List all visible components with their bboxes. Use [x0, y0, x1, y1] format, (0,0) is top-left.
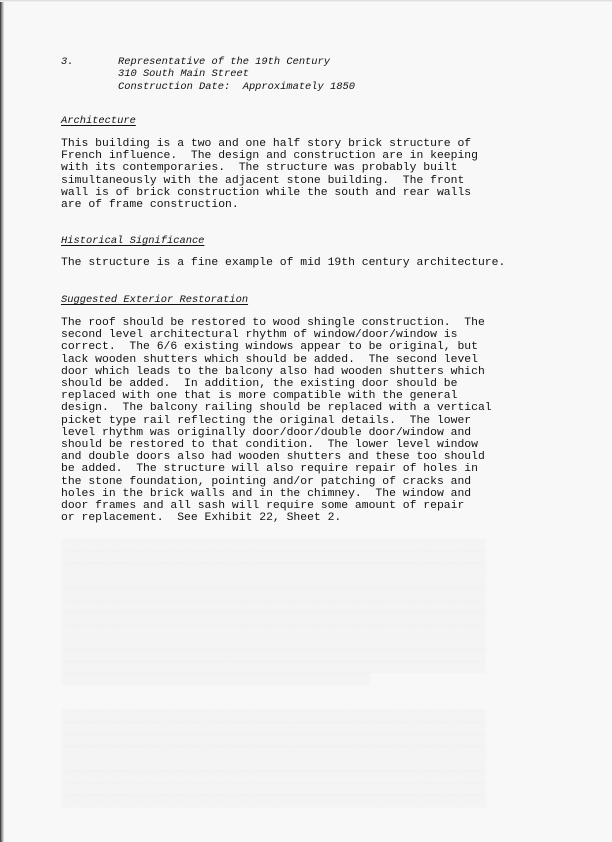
- section-heading-historical-significance: Historical Significance: [61, 235, 204, 247]
- section-heading-architecture: Architecture: [61, 115, 136, 127]
- bleed-through-texture: ▒▒▒▒▒▒▒▒▒▒▒▒▒▒▒▒▒▒▒▒▒▒▒▒▒▒▒▒▒▒▒▒▒▒▒▒▒▒▒▒…: [62, 540, 486, 808]
- item-header: Representative of the 19th Century 310 S…: [118, 56, 355, 93]
- item-number: 3.: [61, 56, 73, 68]
- section-body-historical-significance: The structure is a fine example of mid 1…: [61, 257, 505, 269]
- page-top-edge: [0, 0, 612, 2]
- page-left-edge-shadow: [0, 0, 4, 842]
- section-body-architecture: This building is a two and one half stor…: [61, 138, 478, 211]
- item-address: 310 South Main Street: [118, 68, 249, 80]
- section-body-suggested-exterior-restoration: The roof should be restored to wood shin…: [61, 317, 492, 524]
- document-page: ▒▒▒▒▒▒▒▒▒▒▒▒▒▒▒▒▒▒▒▒▒▒▒▒▒▒▒▒▒▒▒▒▒▒▒▒▒▒▒▒…: [0, 0, 612, 842]
- item-construction-date: Construction Date: Approximately 1850: [118, 81, 355, 93]
- item-title: Representative of the 19th Century: [118, 56, 330, 68]
- section-heading-suggested-exterior-restoration: Suggested Exterior Restoration: [61, 294, 248, 306]
